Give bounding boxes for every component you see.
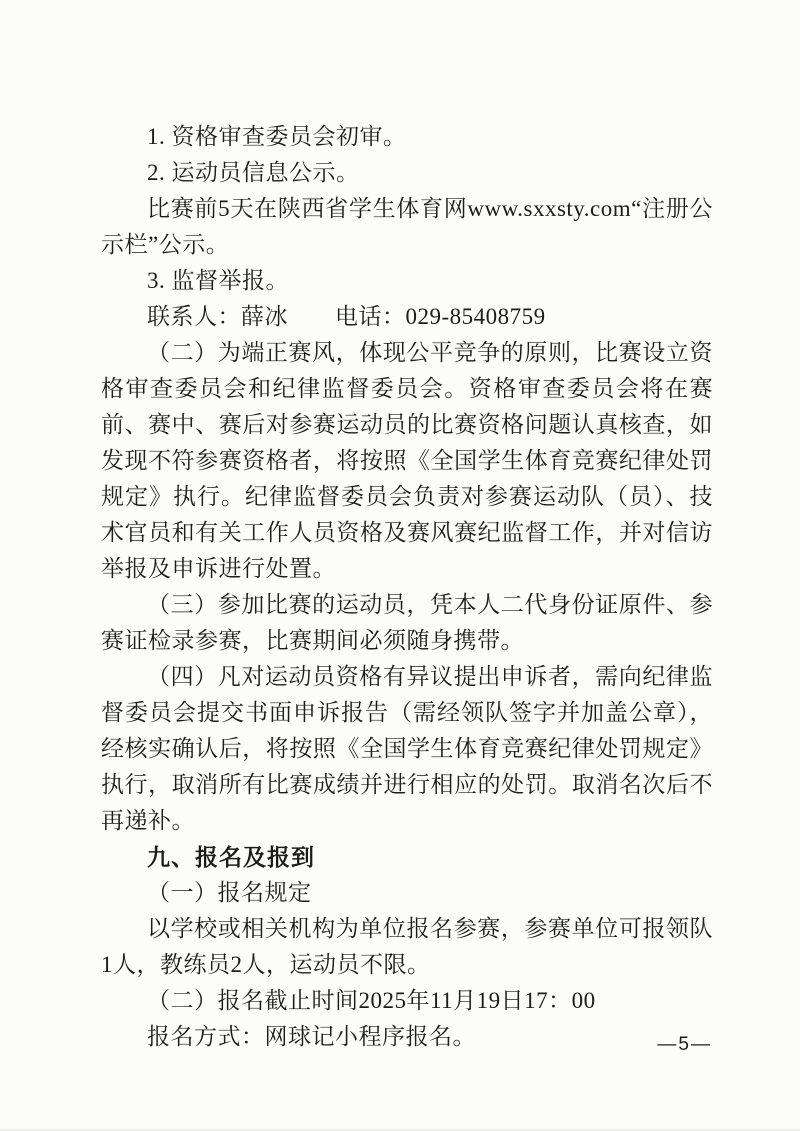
paragraph-section-2-discipline: （二）为端正赛风，体现公平竞争的原则，比赛设立资格审查委员会和纪律监督委员会。资… xyxy=(101,335,713,587)
contact-line: 联系人：薛冰 电话：029-85408759 xyxy=(101,299,713,335)
section-heading-registration: 九、报名及报到 xyxy=(101,839,713,875)
page-number: —5— xyxy=(657,1034,712,1056)
paragraph-publicity-note: 比赛前5天在陕西省学生体育网www.sxxsty.com“注册公示栏”公示。 xyxy=(101,191,713,263)
paragraph-section-4-appeal: （四）凡对运动员资格有异议提出申诉者，需向纪律监督委员会提交书面申诉报告（需经领… xyxy=(101,659,713,839)
paragraph-subsection-1-rules: （一）报名规定 xyxy=(101,875,713,911)
document-page: 1. 资格审查委员会初审。 2. 运动员信息公示。 比赛前5天在陕西省学生体育网… xyxy=(0,0,800,1131)
paragraph-registration-rule: 以学校或相关机构为单位报名参赛，参赛单位可报领队1人，教练员2人，运动员不限。 xyxy=(101,911,713,983)
paragraph-deadline: （二）报名截止时间2025年11月19日17：00 xyxy=(101,983,713,1019)
paragraph-section-3-id-check: （三）参加比赛的运动员，凭本人二代身份证原件、参赛证检录参赛，比赛期间必须随身携… xyxy=(101,587,713,659)
numbered-item-1: 1. 资格审查委员会初审。 xyxy=(101,119,713,155)
numbered-item-3: 3. 监督举报。 xyxy=(101,263,713,299)
numbered-item-2: 2. 运动员信息公示。 xyxy=(101,155,713,191)
document-body: 1. 资格审查委员会初审。 2. 运动员信息公示。 比赛前5天在陕西省学生体育网… xyxy=(101,119,713,1055)
paragraph-registration-method: 报名方式：网球记小程序报名。 xyxy=(101,1019,713,1055)
